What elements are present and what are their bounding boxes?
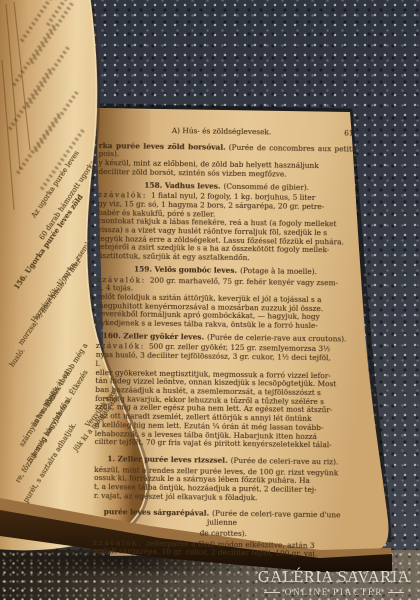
- book-photo: A) Hús- és zöldséglevesek. 61. rka purée…: [0, 0, 420, 600]
- smudged-text-line: [8, 68, 52, 130]
- watermark-dash-left: [264, 592, 280, 593]
- smudged-text-line: [16, 113, 61, 174]
- page-header: A) Hús- és zöldséglevesek. 61.: [99, 126, 356, 138]
- watermark: GALÉRIA SAVARIA ONLINE PIACTÉR: [254, 568, 414, 598]
- watermark-dash-right: [388, 592, 404, 593]
- curl-text-fragment: 156. Ugorka purée leves zöld: [12, 193, 85, 291]
- smudged-text-line: [30, 2, 74, 64]
- watermark-subtitle: ONLINE PIACTÉR: [254, 586, 414, 598]
- curl-text-fragment: husló.: [8, 347, 27, 369]
- watermark-title: GALÉRIA SAVARIA: [254, 568, 414, 586]
- page-number: 61.: [344, 129, 356, 138]
- running-title: A) Hús- és zöldséglevesek.: [99, 126, 344, 138]
- recipe-159-body-line: nykedjenek s a leveses tálba rakva, önts…: [96, 319, 353, 331]
